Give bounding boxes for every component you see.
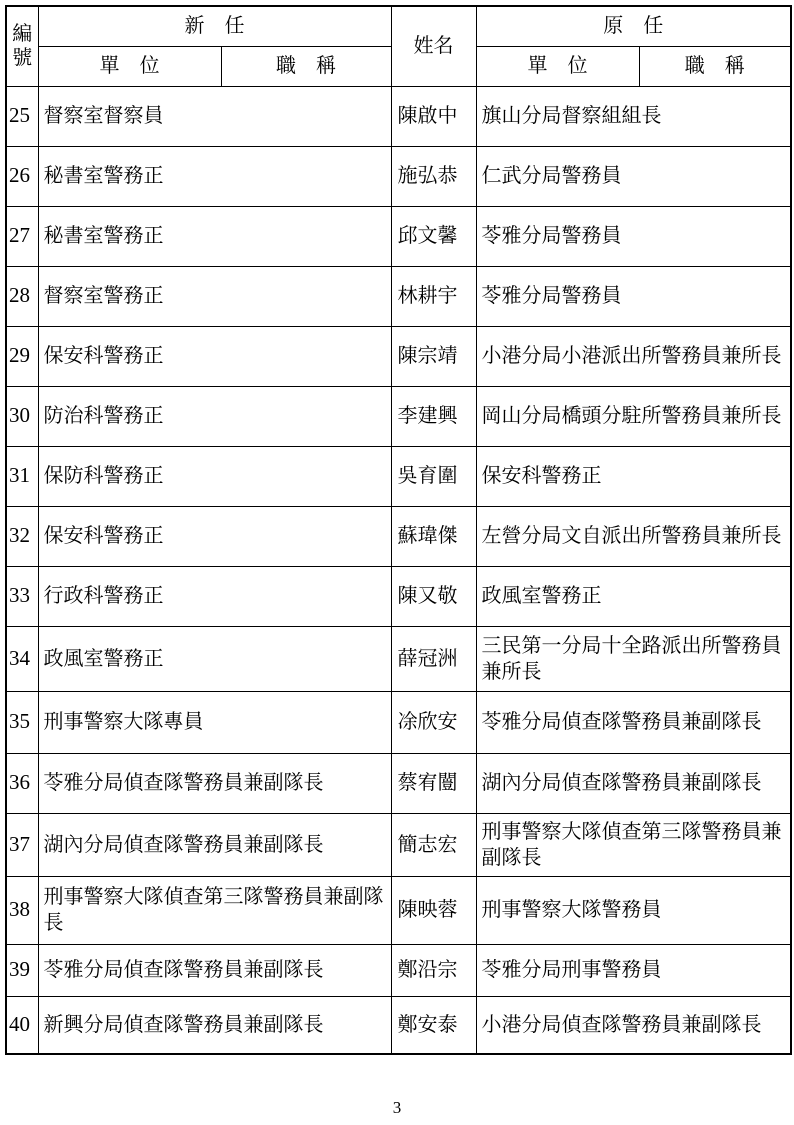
person-name: 蔡宥闓	[391, 753, 476, 813]
new-position: 苓雅分局偵查隊警務員兼副隊長	[38, 753, 391, 813]
new-position: 督察室督察員	[38, 86, 391, 146]
row-number: 33	[6, 566, 38, 626]
col-header-new-appointment: 新 任	[38, 6, 391, 46]
row-number: 37	[6, 813, 38, 876]
row-number: 36	[6, 753, 38, 813]
former-position: 苓雅分局偵查隊警務員兼副隊長	[476, 691, 791, 753]
person-name: 陳映蓉	[391, 876, 476, 944]
row-number: 29	[6, 326, 38, 386]
row-number: 35	[6, 691, 38, 753]
row-number: 27	[6, 206, 38, 266]
former-position: 保安科警務正	[476, 446, 791, 506]
person-name: 薛冠洲	[391, 626, 476, 691]
new-position: 保防科警務正	[38, 446, 391, 506]
person-name: 陳宗靖	[391, 326, 476, 386]
row-number: 28	[6, 266, 38, 326]
personnel-transfer-table: 編號 新 任 姓名 原 任 單 位 職 稱 單 位 職 稱 25 督察室督察員 …	[5, 5, 792, 1055]
page-number: 3	[0, 1098, 794, 1118]
table-row: 39 苓雅分局偵查隊警務員兼副隊長 鄭沿宗 苓雅分局刑事警務員	[6, 944, 791, 996]
former-position: 政風室警務正	[476, 566, 791, 626]
row-number: 39	[6, 944, 38, 996]
former-position: 小港分局小港派出所警務員兼所長	[476, 326, 791, 386]
former-position: 仁武分局警務員	[476, 146, 791, 206]
row-number: 40	[6, 996, 38, 1054]
former-position: 刑事警察大隊警務員	[476, 876, 791, 944]
person-name: 凃欣安	[391, 691, 476, 753]
col-header-name: 姓名	[391, 6, 476, 86]
table-row: 30 防治科警務正 李建興 岡山分局橋頭分駐所警務員兼所長	[6, 386, 791, 446]
row-number: 31	[6, 446, 38, 506]
table-row: 36 苓雅分局偵查隊警務員兼副隊長 蔡宥闓 湖內分局偵查隊警務員兼副隊長	[6, 753, 791, 813]
row-number: 30	[6, 386, 38, 446]
row-number: 38	[6, 876, 38, 944]
table-header: 編號 新 任 姓名 原 任 單 位 職 稱 單 位 職 稱	[6, 6, 791, 86]
person-name: 施弘恭	[391, 146, 476, 206]
new-position: 保安科警務正	[38, 506, 391, 566]
former-position: 湖內分局偵查隊警務員兼副隊長	[476, 753, 791, 813]
row-number: 25	[6, 86, 38, 146]
former-position: 三民第一分局十全路派出所警務員兼所長	[476, 626, 791, 691]
former-position: 小港分局偵查隊警務員兼副隊長	[476, 996, 791, 1054]
col-header-new-unit: 單 位	[38, 46, 221, 86]
new-position: 刑事警察大隊專員	[38, 691, 391, 753]
new-position: 湖內分局偵查隊警務員兼副隊長	[38, 813, 391, 876]
col-header-new-title: 職 稱	[221, 46, 391, 86]
header-row-top: 編號 新 任 姓名 原 任	[6, 6, 791, 46]
table-row: 40 新興分局偵查隊警務員兼副隊長 鄭安泰 小港分局偵查隊警務員兼副隊長	[6, 996, 791, 1054]
row-number: 34	[6, 626, 38, 691]
new-position: 秘書室警務正	[38, 206, 391, 266]
person-name: 陳啟中	[391, 86, 476, 146]
person-name: 簡志宏	[391, 813, 476, 876]
new-position: 秘書室警務正	[38, 146, 391, 206]
former-position: 左營分局文自派出所警務員兼所長	[476, 506, 791, 566]
col-header-former-title: 職 稱	[639, 46, 791, 86]
table-row: 34 政風室警務正 薛冠洲 三民第一分局十全路派出所警務員兼所長	[6, 626, 791, 691]
table-row: 37 湖內分局偵查隊警務員兼副隊長 簡志宏 刑事警察大隊偵查第三隊警務員兼副隊長	[6, 813, 791, 876]
new-position: 保安科警務正	[38, 326, 391, 386]
former-position: 苓雅分局警務員	[476, 206, 791, 266]
new-position: 刑事警察大隊偵查第三隊警務員兼副隊長	[38, 876, 391, 944]
col-header-former-appointment: 原 任	[476, 6, 791, 46]
new-position: 督察室警務正	[38, 266, 391, 326]
person-name: 鄭沿宗	[391, 944, 476, 996]
table-row: 31 保防科警務正 吳育圍 保安科警務正	[6, 446, 791, 506]
person-name: 林耕宇	[391, 266, 476, 326]
table-row: 32 保安科警務正 蘇瑋傑 左營分局文自派出所警務員兼所長	[6, 506, 791, 566]
person-name: 鄭安泰	[391, 996, 476, 1054]
former-position: 旗山分局督察組組長	[476, 86, 791, 146]
person-name: 李建興	[391, 386, 476, 446]
col-header-former-unit: 單 位	[476, 46, 639, 86]
document-page: 編號 新 任 姓名 原 任 單 位 職 稱 單 位 職 稱 25 督察室督察員 …	[0, 0, 794, 1125]
new-position: 政風室警務正	[38, 626, 391, 691]
former-position: 苓雅分局警務員	[476, 266, 791, 326]
person-name: 蘇瑋傑	[391, 506, 476, 566]
table-row: 35 刑事警察大隊專員 凃欣安 苓雅分局偵查隊警務員兼副隊長	[6, 691, 791, 753]
table-row: 25 督察室督察員 陳啟中 旗山分局督察組組長	[6, 86, 791, 146]
table-row: 33 行政科警務正 陳又敬 政風室警務正	[6, 566, 791, 626]
new-position: 行政科警務正	[38, 566, 391, 626]
person-name: 吳育圍	[391, 446, 476, 506]
new-position: 防治科警務正	[38, 386, 391, 446]
table-row: 28 督察室警務正 林耕宇 苓雅分局警務員	[6, 266, 791, 326]
table-row: 26 秘書室警務正 施弘恭 仁武分局警務員	[6, 146, 791, 206]
table-row: 27 秘書室警務正 邱文馨 苓雅分局警務員	[6, 206, 791, 266]
former-position: 苓雅分局刑事警務員	[476, 944, 791, 996]
table-row: 29 保安科警務正 陳宗靖 小港分局小港派出所警務員兼所長	[6, 326, 791, 386]
row-number: 32	[6, 506, 38, 566]
former-position: 岡山分局橋頭分駐所警務員兼所長	[476, 386, 791, 446]
new-position: 苓雅分局偵查隊警務員兼副隊長	[38, 944, 391, 996]
table-row: 38 刑事警察大隊偵查第三隊警務員兼副隊長 陳映蓉 刑事警察大隊警務員	[6, 876, 791, 944]
table-body: 25 督察室督察員 陳啟中 旗山分局督察組組長 26 秘書室警務正 施弘恭 仁武…	[6, 86, 791, 1054]
person-name: 邱文馨	[391, 206, 476, 266]
person-name: 陳又敬	[391, 566, 476, 626]
new-position: 新興分局偵查隊警務員兼副隊長	[38, 996, 391, 1054]
former-position: 刑事警察大隊偵查第三隊警務員兼副隊長	[476, 813, 791, 876]
col-header-number: 編號	[6, 6, 38, 86]
row-number: 26	[6, 146, 38, 206]
